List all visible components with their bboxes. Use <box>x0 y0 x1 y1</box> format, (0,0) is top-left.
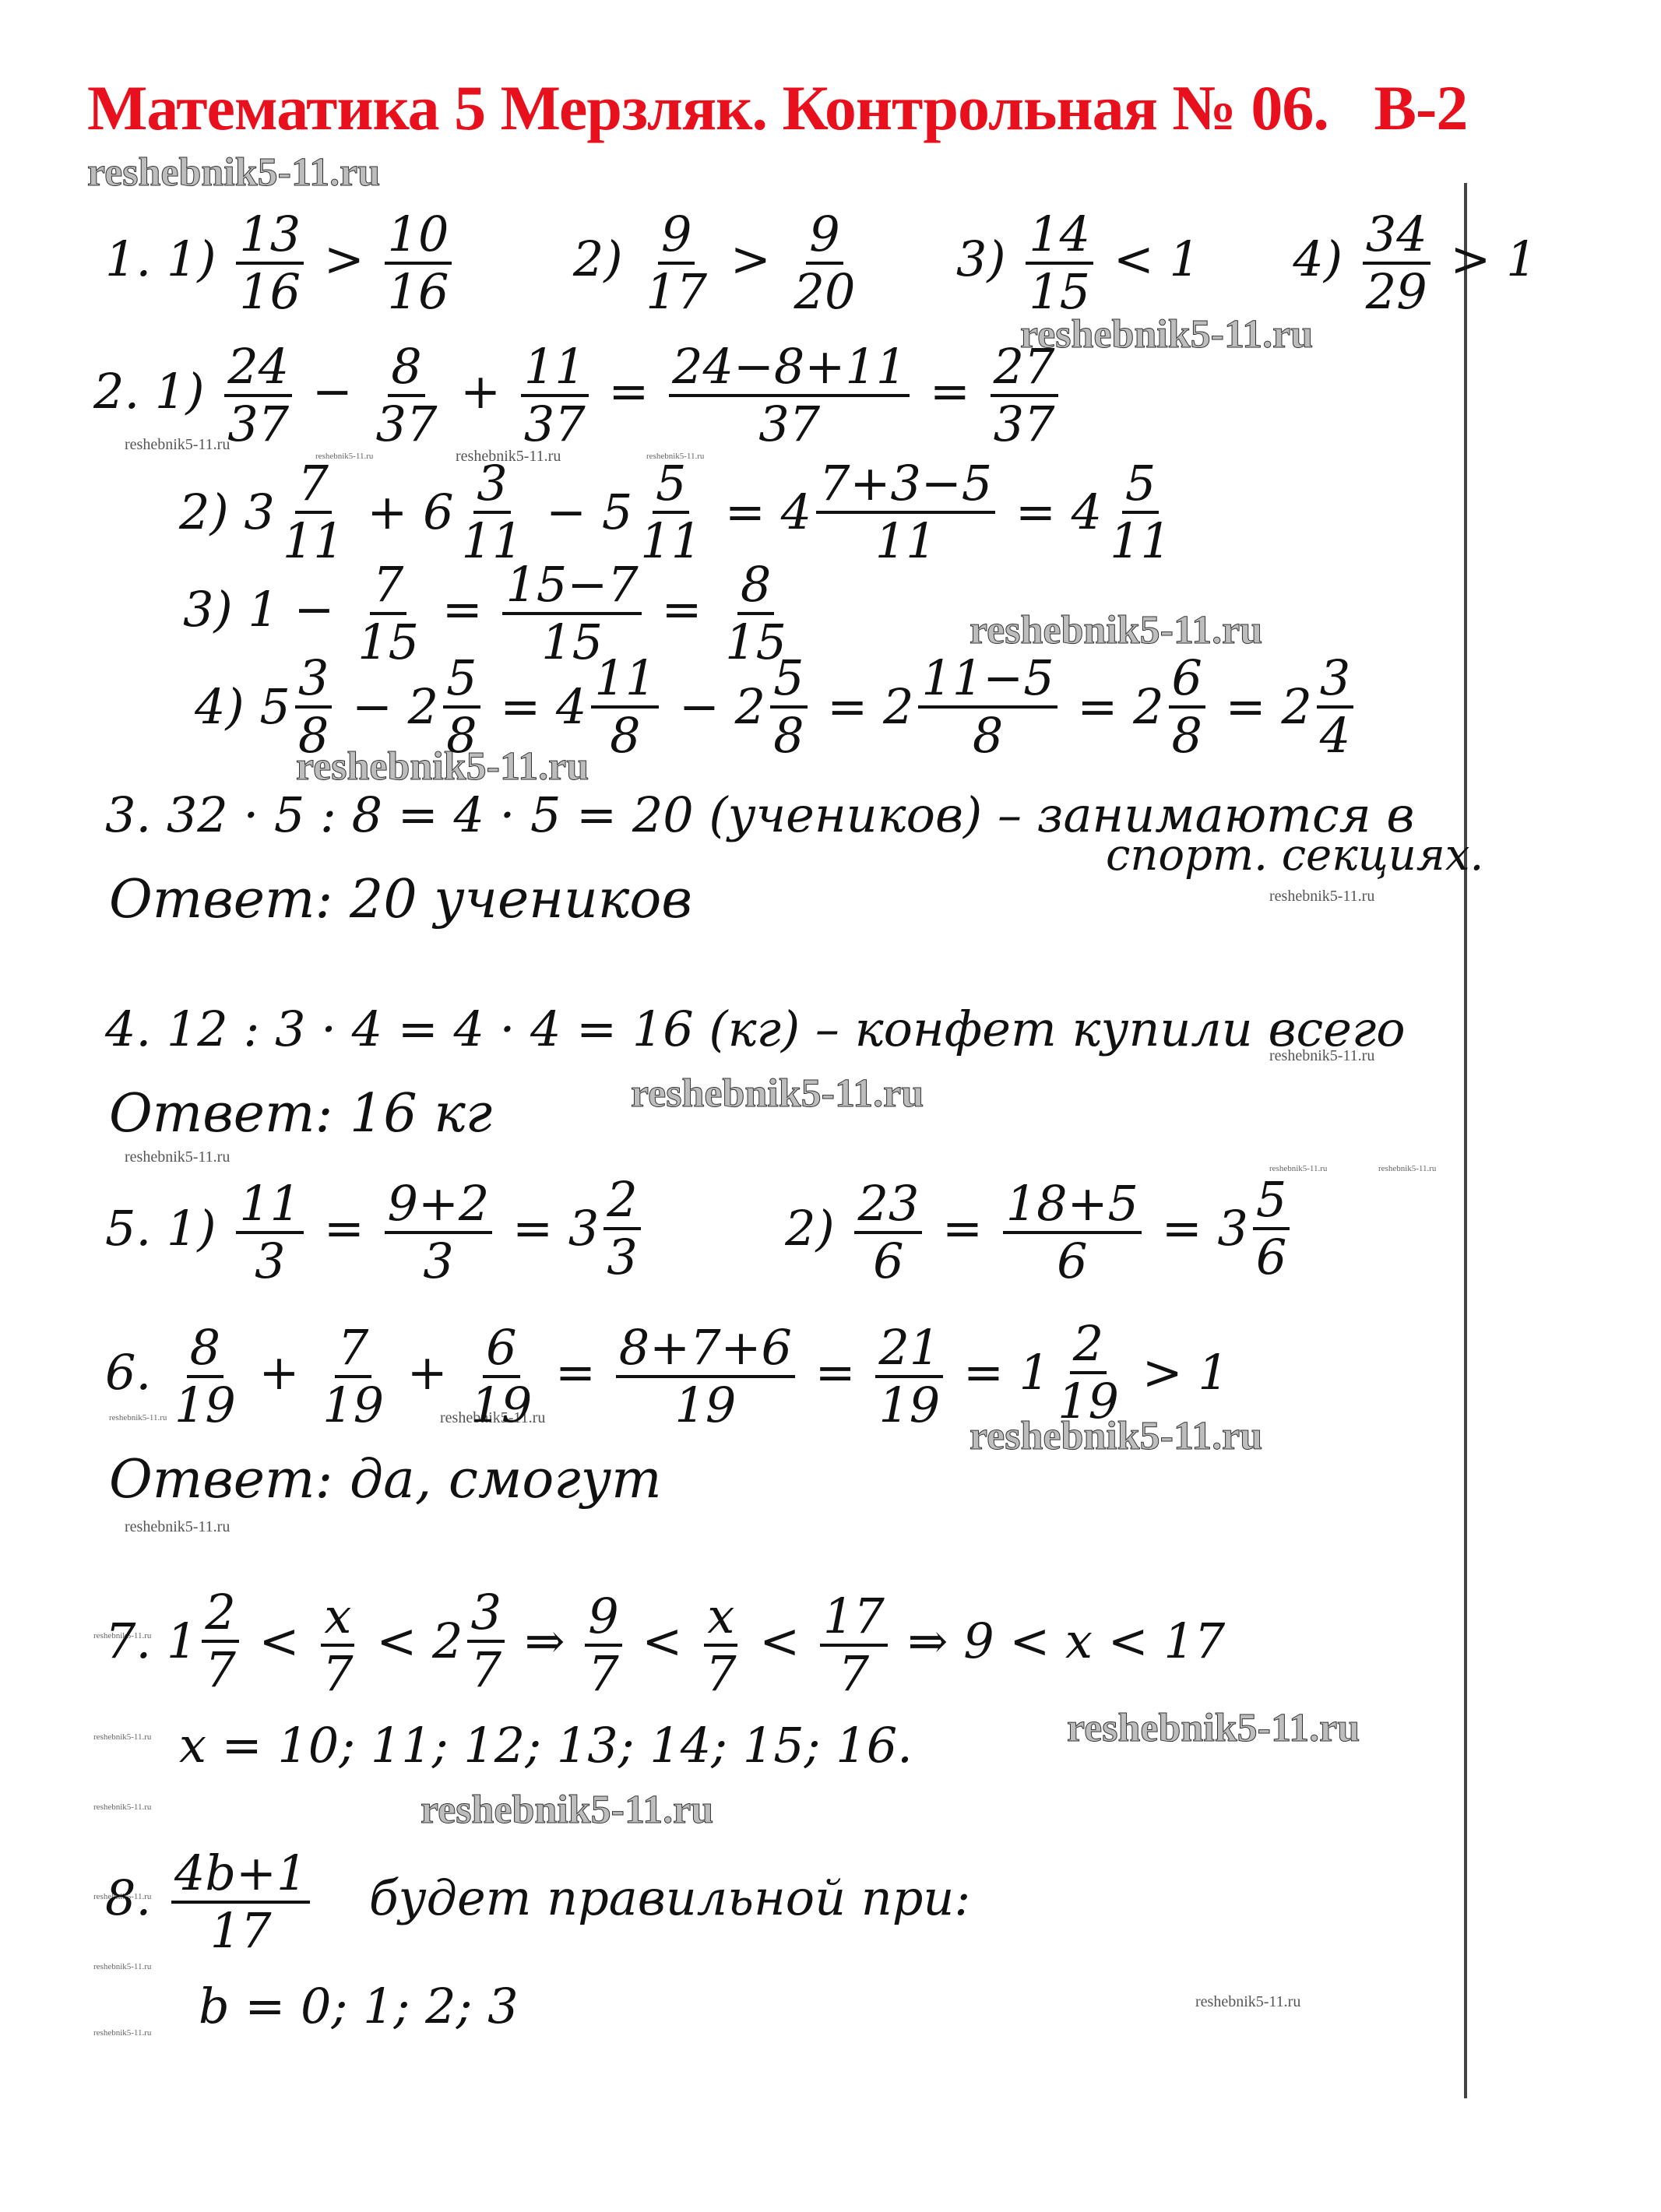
mixed-number: 4118 <box>556 654 663 760</box>
task-3-continuation: спорт. секциях. <box>1106 829 1483 881</box>
watermark: reshebnik5-11.ru <box>421 1787 713 1833</box>
watermark: reshebnik5-11.ru <box>1378 1164 1436 1173</box>
fraction: 1137 <box>521 343 589 448</box>
mixed-number: 258 <box>408 654 485 760</box>
fraction: x7 <box>702 1592 739 1698</box>
task-number: 5. <box>105 1200 151 1257</box>
watermark: reshebnik5-11.ru <box>93 1802 151 1812</box>
watermark: reshebnik5-11.ru <box>125 1518 230 1536</box>
task-8: 8. 4b+117 будет правильной при: <box>105 1849 970 1955</box>
fraction: 24−8+1137 <box>669 343 910 448</box>
mixed-number: 323 <box>568 1176 646 1282</box>
mixed-number: 3711 <box>244 459 351 565</box>
task-2-part-3: 3) 1 − 715 = 15−715 = 815 <box>183 561 794 666</box>
value: 9 < x < 17 <box>963 1612 1225 1669</box>
fraction: 97 <box>585 1592 621 1698</box>
value: > 1 <box>1142 1344 1229 1401</box>
watermark: reshebnik5-11.ru <box>970 607 1262 653</box>
fraction: 917 <box>642 210 710 316</box>
task-6: 6. 819 + 719 + 619 = 8+7+619 = 2119 = 12… <box>105 1320 1229 1430</box>
watermark: reshebnik5-11.ru <box>87 149 380 195</box>
item-number: 3) <box>183 581 233 638</box>
item-number: 1) <box>155 363 205 420</box>
mixed-number: 538 <box>259 654 336 760</box>
fraction: x7 <box>319 1592 356 1698</box>
operator: > <box>324 230 364 287</box>
fraction: 715 <box>354 561 422 666</box>
mixed-number: 211−58 <box>883 654 1062 760</box>
task-5: 5. 1) 113 = 9+23 = 323 2) 236 = 18+56 = … <box>105 1176 1294 1285</box>
mixed-number: 268 <box>1133 654 1210 760</box>
watermark: reshebnik5-11.ru <box>125 1148 230 1166</box>
value: 1 <box>1506 230 1536 287</box>
watermark: reshebnik5-11.ru <box>93 2028 151 2038</box>
mixed-number: 234 <box>1281 654 1358 760</box>
watermark: reshebnik5-11.ru <box>1269 888 1374 906</box>
fraction: 3429 <box>1363 210 1431 316</box>
item-number: 3) <box>956 230 1006 287</box>
fraction: 619 <box>467 1324 535 1430</box>
item-number: 2) <box>179 484 229 540</box>
fraction: 837 <box>373 343 441 448</box>
mixed-number: 356 <box>1217 1176 1294 1282</box>
mixed-number: 1219 <box>1019 1320 1127 1426</box>
value: 1 − <box>248 581 334 638</box>
task-4-solution: 4. 12 : 3 · 4 = 4 · 4 = 16 (кг) – конфет… <box>105 1000 1406 1058</box>
fraction: 1016 <box>385 210 452 316</box>
task-number: 7. <box>105 1612 151 1669</box>
fraction: 1316 <box>236 210 304 316</box>
watermark: reshebnik5-11.ru <box>93 1732 151 1742</box>
mixed-number: 4511 <box>1072 459 1179 565</box>
fraction: 4b+117 <box>171 1849 311 1955</box>
watermark: reshebnik5-11.ru <box>1195 1993 1300 2011</box>
watermark: reshebnik5-11.ru <box>631 1071 924 1117</box>
fraction: 719 <box>319 1324 387 1430</box>
fraction: 113 <box>236 1180 304 1285</box>
mixed-number: 127 <box>167 1588 244 1694</box>
task-number: 6. <box>105 1344 151 1401</box>
fraction: 177 <box>820 1592 888 1698</box>
fraction: 2119 <box>875 1324 943 1430</box>
operator: > <box>1450 230 1490 287</box>
watermark: reshebnik5-11.ru <box>1067 1705 1360 1751</box>
value: 1 <box>1170 230 1200 287</box>
item-number: 1) <box>167 230 216 287</box>
margin-line <box>1464 183 1467 2098</box>
mixed-number: 5511 <box>602 459 709 565</box>
fraction: 2737 <box>991 343 1058 448</box>
task-4-answer: Ответ: 16 кг <box>109 1082 492 1146</box>
mixed-number: 258 <box>735 654 812 760</box>
operator: > <box>730 230 771 287</box>
page-title: Математика 5 Мерзляк. Контрольная № 06. … <box>87 72 1467 145</box>
mixed-number: 6311 <box>423 459 530 565</box>
task-2-part-1: 2. 1) 2437 − 837 + 1137 = 24−8+1137 = 27… <box>93 343 1063 448</box>
fraction: 236 <box>854 1180 922 1285</box>
task-8-values: b = 0; 1; 2; 3 <box>199 1978 519 2035</box>
item-number: 2) <box>573 230 623 287</box>
task-3-answer: Ответ: 20 учеников <box>109 868 692 932</box>
task-number: 8. <box>105 1869 151 1926</box>
fraction: 920 <box>791 210 859 316</box>
task-number: 2. <box>93 363 139 420</box>
task-2-part-4: 4) 538 − 258 = 4118 − 258 = 211−58 = 268… <box>195 654 1358 760</box>
task-7-values: x = 10; 11; 12; 13; 14; 15; 16. <box>179 1717 913 1774</box>
task-7: 7. 127 < x7 < 237 ⇒ 97 < x7 < 177 ⇒ 9 < … <box>105 1588 1225 1698</box>
item-number: 4) <box>195 678 245 735</box>
mixed-number: 47+3−511 <box>781 459 1001 565</box>
item-number: 1) <box>167 1200 216 1257</box>
mixed-number: 237 <box>432 1588 509 1694</box>
fraction: 18+56 <box>1003 1180 1142 1285</box>
fraction: 1415 <box>1026 210 1093 316</box>
item-number: 4) <box>1293 230 1343 287</box>
operator: < <box>1114 230 1154 287</box>
task-1: 1. 1) 1316 > 1016 2) 917 > 920 3) 1415 <… <box>105 210 1537 316</box>
task-number: 1. <box>105 230 151 287</box>
task-6-answer: Ответ: да, смогут <box>109 1448 662 1512</box>
statement: будет правильной при: <box>369 1869 970 1926</box>
fraction: 8+7+619 <box>616 1324 795 1430</box>
item-number: 2) <box>785 1200 835 1257</box>
task-2-part-2: 2) 3711 + 6311 − 5511 = 47+3−511 = 4511 <box>179 459 1179 565</box>
fraction: 2437 <box>224 343 292 448</box>
fraction: 9+23 <box>385 1180 493 1285</box>
fraction: 819 <box>171 1324 239 1430</box>
watermark: reshebnik5-11.ru <box>93 1962 151 1971</box>
